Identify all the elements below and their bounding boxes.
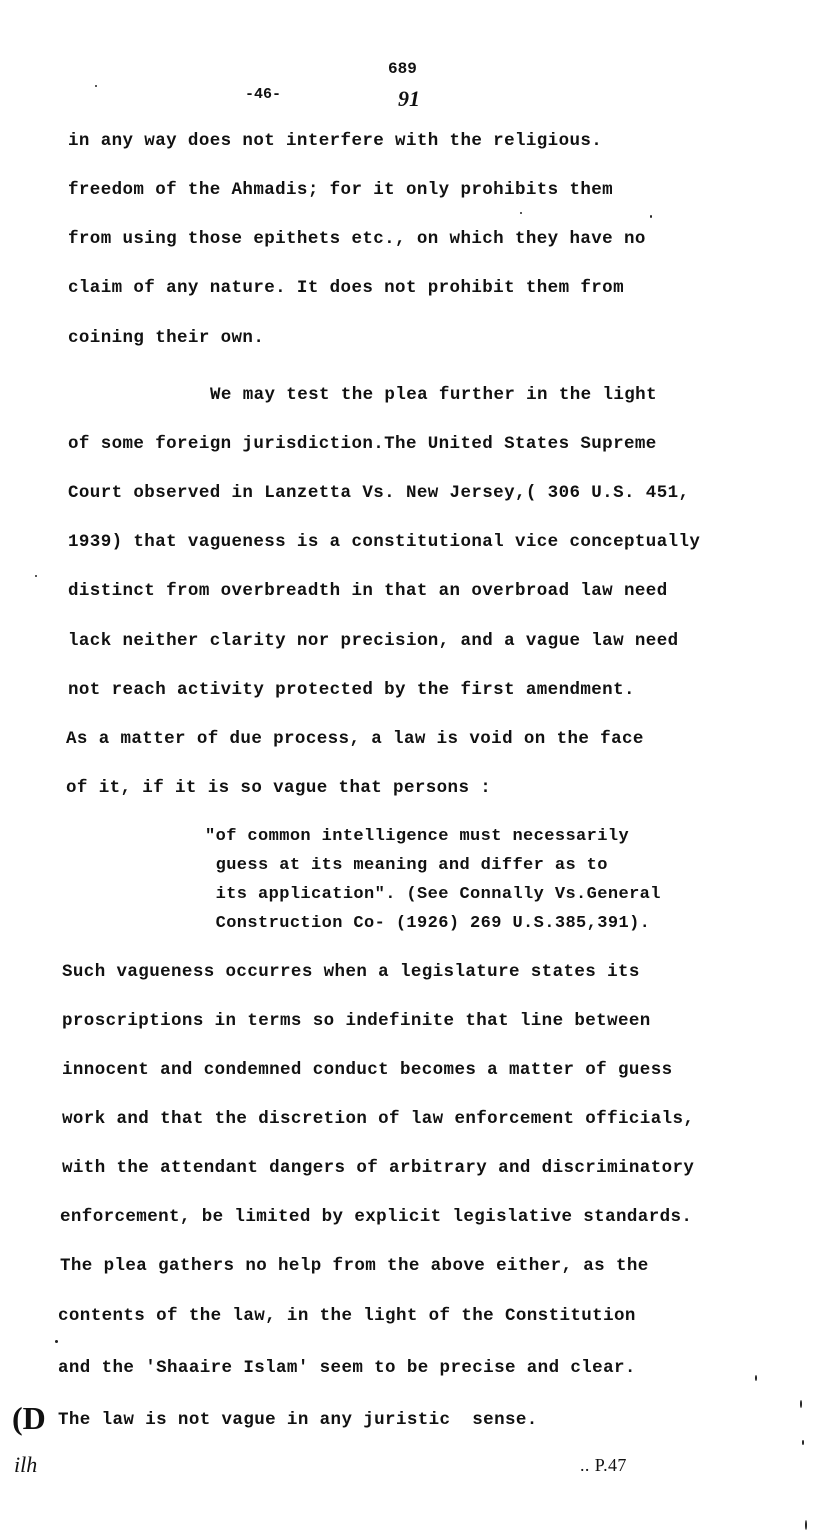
text-line: claim of any nature. It does not prohibi… [68, 278, 624, 298]
page-label: -46- [245, 86, 281, 103]
page-stamp-number: 689 [388, 60, 417, 78]
text-line: and the 'Shaaire Islam' seem to be preci… [58, 1358, 636, 1378]
scan-speck [755, 1375, 757, 1381]
text-line: coining their own. [68, 328, 264, 348]
scan-speck [95, 85, 97, 87]
scan-speck [802, 1440, 804, 1445]
scan-speck [55, 1340, 58, 1343]
text-line: Court observed in Lanzetta Vs. New Jerse… [68, 483, 689, 503]
text-line: lack neither clarity nor precision, and … [68, 631, 679, 651]
text-line: with the attendant dangers of arbitrary … [62, 1158, 694, 1178]
scan-speck [800, 1400, 802, 1408]
text-line: distinct from overbreadth in that an ove… [68, 581, 668, 601]
text-line: contents of the law, in the light of the… [58, 1306, 636, 1326]
scan-speck [520, 212, 522, 214]
text-line: proscriptions in terms so indefinite tha… [62, 1011, 651, 1031]
text-line: freedom of the Ahmadis; for it only proh… [68, 180, 613, 200]
text-line: work and that the discretion of law enfo… [62, 1109, 694, 1129]
document-page: 689 -46- 91 in any way does not interfer… [0, 0, 840, 1540]
quote-line: "of common intelligence must necessarily [205, 827, 629, 846]
continuation-marker: .. P.47 [580, 1455, 627, 1476]
text-line: 1939) that vagueness is a constitutional… [68, 532, 700, 552]
text-line: of some foreign jurisdiction.The United … [68, 434, 657, 454]
margin-marker: (D [12, 1400, 46, 1437]
text-line: of it, if it is so vague that persons : [66, 778, 491, 798]
handwritten-initials: ilh [14, 1452, 37, 1478]
text-line: in any way does not interfere with the r… [68, 131, 602, 151]
handwritten-folio-mark: 91 [398, 86, 420, 112]
scan-speck [35, 575, 37, 577]
scan-speck [650, 215, 652, 218]
quote-line: its application". (See Connally Vs.Gener… [205, 885, 661, 904]
final-line: The law is not vague in any juristic sen… [58, 1410, 538, 1430]
text-line: innocent and condemned conduct becomes a… [62, 1060, 673, 1080]
text-line: We may test the plea further in the ligh… [210, 385, 657, 405]
text-line: Such vagueness occurres when a legislatu… [62, 962, 640, 982]
quote-line: guess at its meaning and differ as to [205, 856, 608, 875]
scan-speck [805, 1520, 807, 1530]
text-line: The plea gathers no help from the above … [60, 1256, 649, 1276]
text-line: As a matter of due process, a law is voi… [66, 729, 644, 749]
quote-line: Construction Co- (1926) 269 U.S.385,391)… [205, 914, 650, 933]
text-line: from using those epithets etc., on which… [68, 229, 646, 249]
text-line: enforcement, be limited by explicit legi… [60, 1207, 692, 1227]
text-line: not reach activity protected by the firs… [68, 680, 635, 700]
